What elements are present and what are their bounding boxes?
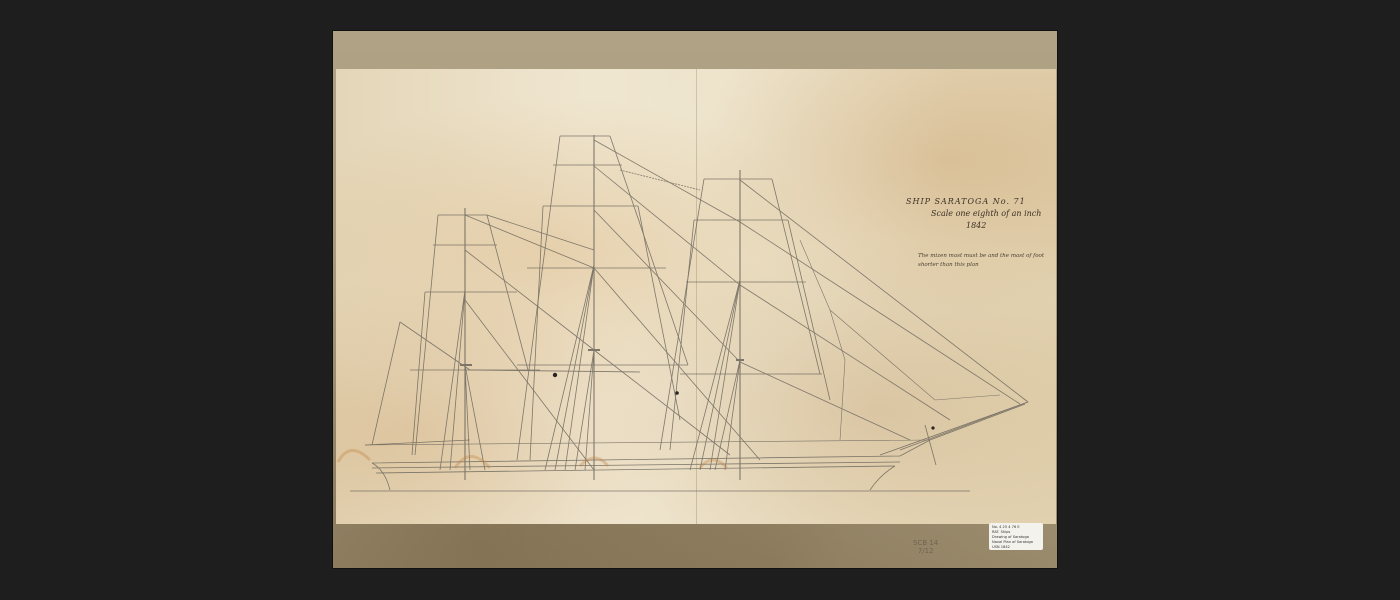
- archive-label-line-5: USN 1842: [992, 545, 1040, 550]
- pencil-catalog-mark: SCB 14 7/12: [913, 539, 938, 555]
- note-line-1: The mizen mast must be and the mast of f…: [918, 252, 1058, 261]
- title-scale: Scale one eighth of an inch: [906, 208, 1056, 220]
- drawing-title-block: SHIP SARATOGA No. 71 Scale one eighth of…: [906, 196, 1056, 232]
- pencil-mark-line-2: 7/12: [913, 547, 938, 555]
- title-ship-name: SHIP SARATOGA No. 71: [906, 196, 1056, 208]
- title-year: 1842: [906, 220, 1056, 232]
- note-line-2: shorter than this plan: [918, 261, 1058, 270]
- ship-rigging-drawing: [336, 69, 1056, 524]
- handwritten-note: The mizen mast must be and the mast of f…: [918, 252, 1058, 270]
- archive-label: No. 4 25 4 76 E RAT. Ships Drawing of Sa…: [989, 523, 1043, 550]
- pencil-mark-line-1: SCB 14: [913, 539, 938, 547]
